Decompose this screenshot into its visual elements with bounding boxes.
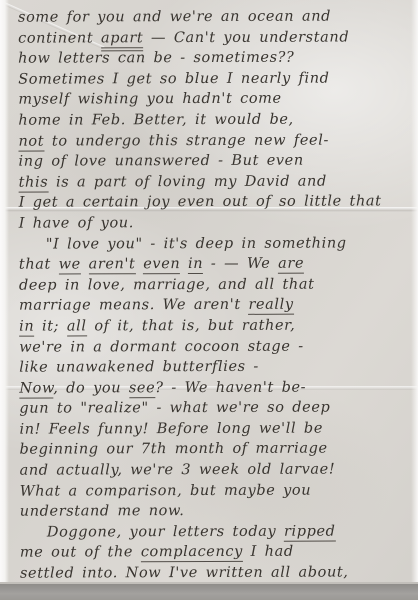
letter-line: home in Feb. Better, it would be, xyxy=(18,109,381,131)
letter-line: Sometimes I get so blue I nearly find xyxy=(18,68,381,90)
letter-line: me out of the complacency I had xyxy=(20,542,383,564)
underlined-handwriting: all xyxy=(67,318,87,336)
letter-line: some for you and we're an ocean and xyxy=(18,6,381,28)
handwriting-text: some for you and we're an ocean and xyxy=(18,9,331,26)
handwriting-text: "I love you" - it's deep in something xyxy=(46,235,347,252)
handwriting-text: marriage means. We aren't xyxy=(19,297,248,314)
letter-line: in! Feels funny! Before long we'll be xyxy=(19,418,382,440)
handwriting-text: to undergo this strange new feel- xyxy=(44,132,329,149)
handwriting-text: settled into. Now I've written all about… xyxy=(20,565,349,582)
underlined-handwriting: ripped xyxy=(284,523,336,541)
underlined-handwriting: are xyxy=(278,256,304,274)
letter-line: continent apart — Can't you understand xyxy=(18,27,381,49)
letter-line: marriage means. We aren't really xyxy=(19,295,382,317)
handwriting-text: myself wishing you hadn't come xyxy=(18,91,281,108)
handwriting-text: I get a certain joy even out of so littl… xyxy=(19,194,382,211)
handwriting-text: gun to "realize" - what we're so deep xyxy=(19,400,330,417)
handwriting-text: how letters can be - sometimes?? xyxy=(18,50,294,67)
underlined-handwriting: really xyxy=(248,297,293,315)
handwriting-text: deep in love, marriage, and all that xyxy=(19,276,315,293)
handwriting-text: I had xyxy=(243,544,294,560)
handwriting-text: that xyxy=(19,257,59,273)
letter-line: not to undergo this strange new feel- xyxy=(18,130,381,152)
letter-line: myself wishing you hadn't come xyxy=(18,89,381,111)
letter-line: like unawakened butterflies - xyxy=(19,356,382,378)
handwriting-text: ing of love unanswered - But even xyxy=(19,153,304,170)
handwriting-text: is a part of loving my David and xyxy=(48,173,327,190)
handwriting-text: of it, that is, but rather, xyxy=(87,318,296,335)
underlined-handwriting: even xyxy=(143,256,180,274)
letter-line: beginning our 7th month of marriage xyxy=(20,439,383,461)
handwriting-text: home in Feb. Better, it would be, xyxy=(18,112,293,129)
letter-line: I have of you. xyxy=(19,212,382,234)
letter-line: I get a certain joy even out of so littl… xyxy=(19,192,382,214)
handwriting-text: Doggone, your letters today xyxy=(47,524,284,541)
underlined-handwriting: we xyxy=(59,257,81,275)
letter-line: Now, do you see? - We haven't be- xyxy=(19,377,382,399)
handwriting-text: in! Feels funny! Before long we'll be xyxy=(19,420,323,437)
handwriting-text: — Can't you understand xyxy=(143,29,349,46)
handwriting-text: understand me now. xyxy=(20,503,185,520)
underlined-handwriting: not xyxy=(18,133,44,151)
handwriting-text: ? - We haven't be- xyxy=(155,379,306,396)
scan-background-bottom xyxy=(0,582,418,600)
handwriting-text: , do you xyxy=(53,380,129,396)
underlined-handwriting: in xyxy=(188,256,203,274)
paper-edge-left xyxy=(0,0,9,584)
handwriting-text: me out of the xyxy=(20,545,141,561)
letter-line: that we aren't even in - — We are xyxy=(19,253,382,275)
letter-line: ing of love unanswered - But even xyxy=(18,151,381,173)
handwriting-text: What a comparison, but maybe you xyxy=(20,482,312,499)
letter-line: "I love you" - it's deep in something xyxy=(19,233,382,255)
handwriting-text: beginning our 7th month of marriage xyxy=(20,441,328,458)
handwriting-text: - — We xyxy=(203,256,278,272)
handwriting-text: Sometimes I get so blue I nearly find xyxy=(18,70,329,87)
letter-line: settled into. Now I've written all about… xyxy=(20,562,383,584)
letter-scan-page: some for you and we're an ocean andconti… xyxy=(0,0,418,600)
underlined-handwriting: aren't xyxy=(89,256,136,274)
underlined-handwriting: this xyxy=(19,174,49,192)
letter-line: and actually, we're 3 week old larvae! xyxy=(20,459,383,481)
handwriting-text: we're in a dormant cocoon stage - xyxy=(19,338,304,355)
letter-line: in it; all of it, that is, but rather, xyxy=(19,315,382,337)
letter-line: this is a part of loving my David and xyxy=(19,171,382,193)
letter-line: What a comparison, but maybe you xyxy=(20,480,383,502)
handwritten-letter-body: some for you and we're an ocean andconti… xyxy=(18,6,383,584)
letter-line: we're in a dormant cocoon stage - xyxy=(19,336,382,358)
paper-edge-right xyxy=(411,0,418,584)
letter-line: how letters can be - sometimes?? xyxy=(18,48,381,70)
letter-line: deep in love, marriage, and all that xyxy=(19,274,382,296)
handwriting-text: and actually, we're 3 week old larvae! xyxy=(20,462,336,479)
letter-line: Doggone, your letters today ripped xyxy=(20,521,383,543)
handwriting-text: continent xyxy=(18,30,101,46)
underlined-handwriting: in xyxy=(19,318,34,336)
underlined-handwriting: Now xyxy=(19,380,53,398)
underlined-handwriting: see xyxy=(129,380,155,398)
letter-line: understand me now. xyxy=(20,501,383,523)
handwriting-text xyxy=(81,257,89,273)
handwriting-text: it; xyxy=(34,318,67,334)
letter-line: gun to "realize" - what we're so deep xyxy=(19,398,382,420)
underlined-handwriting: complacency xyxy=(141,544,243,562)
handwriting-text: I have of you. xyxy=(19,215,134,231)
handwriting-text: like unawakened butterflies - xyxy=(19,359,259,376)
